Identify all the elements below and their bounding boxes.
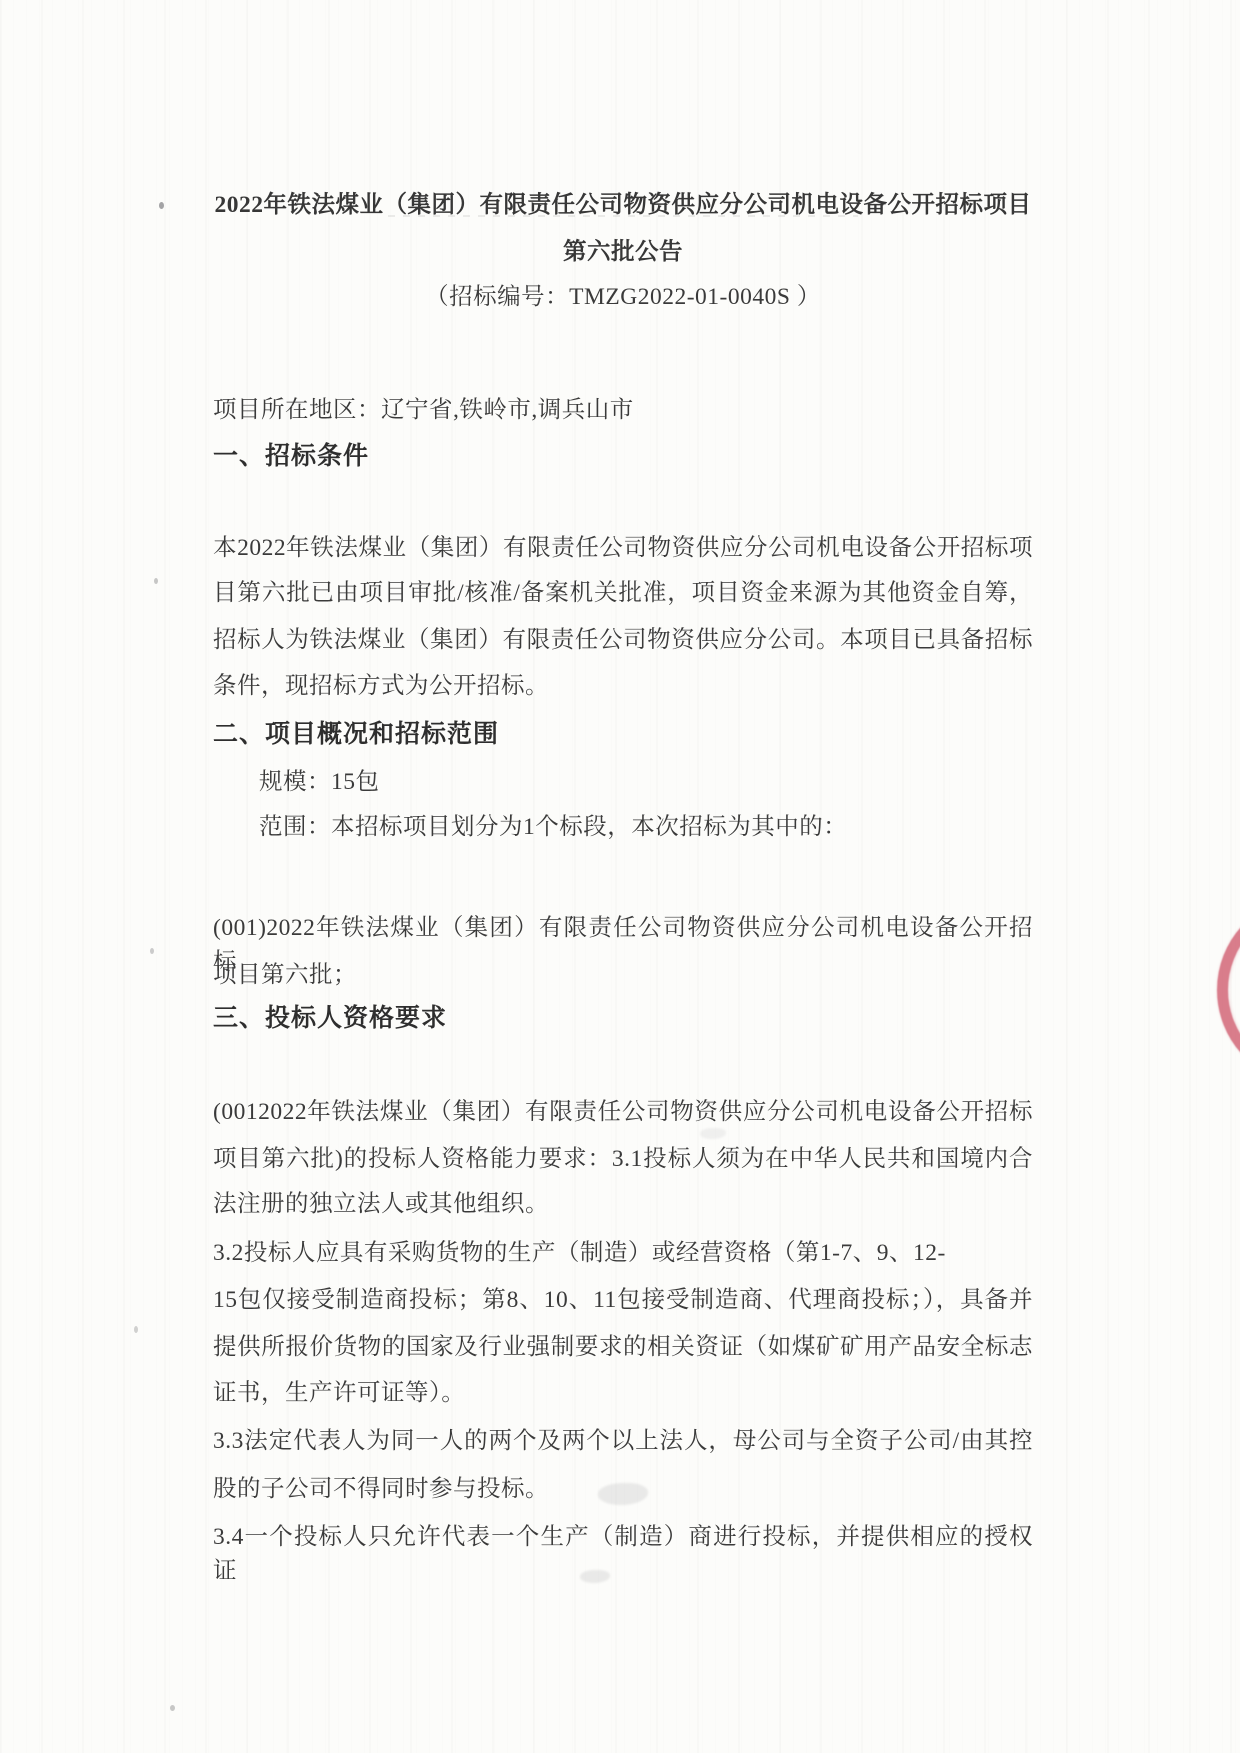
clause-3-2-line-3: 提供所报价货物的国家及行业强制要求的相关资证（如煤矿矿用产品安全标志 xyxy=(213,1330,1033,1364)
section-2-heading: 二、项目概况和招标范围 xyxy=(213,717,1033,751)
clause-3-1-line-2: 项目第六批)的投标人资格能力要求：3.1投标人须为在中华人民共和国境内合 xyxy=(213,1142,1033,1176)
scanned-document-page: 2022年铁法煤业（集团）有限责任公司物资供应分公司机电设备公开招标项目 第六批… xyxy=(0,0,1240,1753)
tender-number: （招标编号：TMZG2022-01-0040S ） xyxy=(213,280,1033,314)
section-1-paragraph-line-2: 目第六批已由项目审批/核准/备案机关批准，项目资金来源为其他资金自筹， xyxy=(213,576,1033,610)
scan-dot xyxy=(159,202,164,209)
scan-dot xyxy=(170,1705,175,1711)
clause-3-2-line-4: 证书，生产许可证等）。 xyxy=(213,1376,1033,1410)
scan-dot xyxy=(134,1326,138,1333)
clause-3-1-line-1: (0012022年铁法煤业（集团）有限责任公司物资供应分公司机电设备公开招标 xyxy=(213,1095,1033,1129)
section-1-paragraph-line-3: 招标人为铁法煤业（集团）有限责任公司物资供应分公司。本项目已具备招标 xyxy=(213,623,1033,657)
clause-3-3-line-1: 3.3法定代表人为同一人的两个及两个以上法人，母公司与全资子公司/由其控 xyxy=(213,1424,1033,1458)
section-1-paragraph-line-1: 本2022年铁法煤业（集团）有限责任公司物资供应分公司机电设备公开招标项 xyxy=(213,531,1033,565)
section-3-heading: 三、投标人资格要求 xyxy=(213,1001,1033,1035)
section-1-paragraph-line-4: 条件，现招标方式为公开招标。 xyxy=(213,669,1033,703)
project-scale: 规模：15包 xyxy=(259,765,1079,799)
document-title-line-2: 第六批公告 xyxy=(213,235,1033,269)
scan-dot xyxy=(154,578,158,584)
red-seal-stamp-arc xyxy=(1217,895,1240,1085)
clause-3-1-line-3: 法注册的独立法人或其他组织。 xyxy=(213,1187,1033,1221)
project-location: 项目所在地区：辽宁省,铁岭市,调兵山市 xyxy=(213,393,1033,427)
clause-3-2-line-2: 15包仅接受制造商投标；第8、10、11包接受制造商、代理商投标；），具备并 xyxy=(213,1283,1033,1317)
clause-3-2-line-1: 3.2投标人应具有采购货物的生产（制造）或经营资格（第1-7、9、12- xyxy=(213,1236,1033,1270)
section-1-heading: 一、招标条件 xyxy=(213,439,1033,473)
scan-dot xyxy=(150,948,154,954)
project-scope: 范围：本招标项目划分为1个标段，本次招标为其中的： xyxy=(259,810,1079,844)
clause-3-4-line-1: 3.4一个投标人只允许代表一个生产（制造）商进行投标，并提供相应的授权证 xyxy=(213,1520,1033,1588)
package-line-2: 项目第六批； xyxy=(213,958,1033,992)
scan-streak xyxy=(388,215,858,217)
scan-smudge xyxy=(700,1128,726,1139)
